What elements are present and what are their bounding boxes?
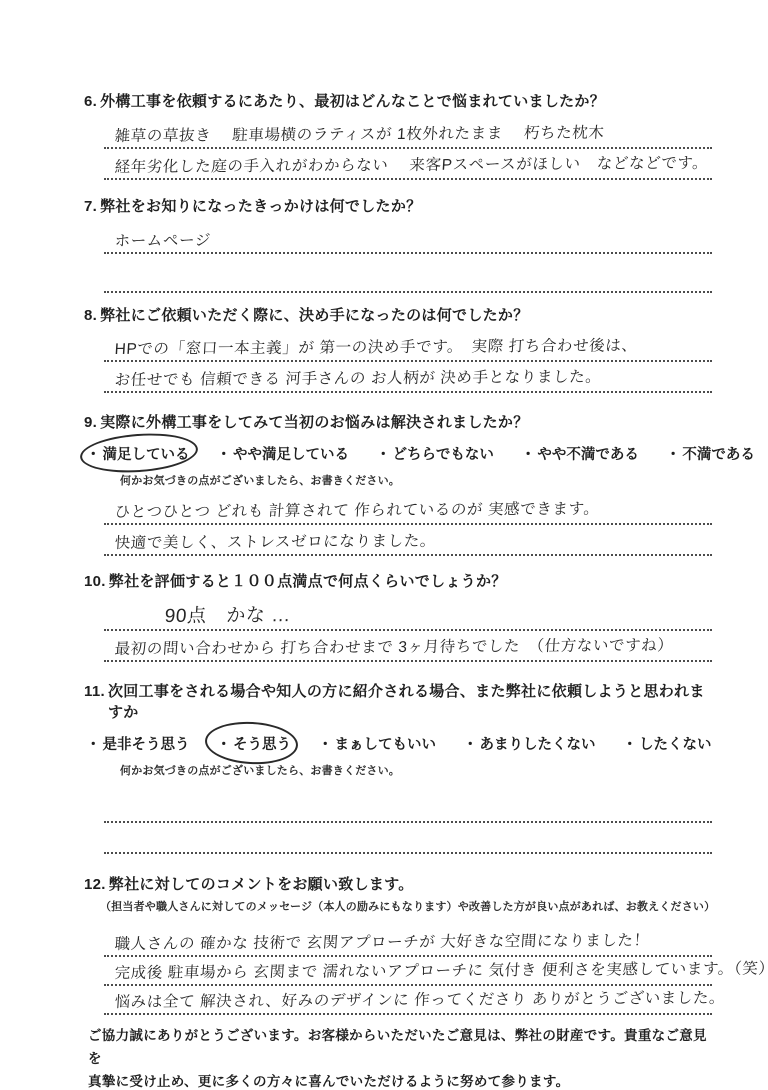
answer-line: 最初の問い合わせから 打ち合わせまで 3ヶ月待ちでした （仕方ないですね） (104, 631, 712, 662)
question-8-text: 弊社にご依頼いただく際に、決め手になったのは何でしたか？ (100, 306, 528, 326)
option-label: やや不満である (537, 443, 639, 464)
question-11-title: 11. 次回工事をされる場合や知人の方に紹介される場合、また弊社に依頼しようと思… (84, 682, 716, 723)
handwritten-answer: ひとつひとつ どれも 計算されて 作られているのが 実感できます。 (114, 497, 600, 522)
question-6: 6. 外構工事を依頼するにあたり、最初はどんなことで悩まれていましたか？ 雑草の… (84, 92, 716, 180)
question-9-title: 9. 実際に外構工事をしてみて当初のお悩みは解決されましたか？ (84, 413, 716, 433)
question-6-number: 6. (84, 92, 97, 112)
answer-line: 快適で美しく、ストレスゼロになりました。 (104, 525, 712, 556)
question-7: 7. 弊社をお知りになったきっかけは何でしたか？ ホームページ (84, 197, 716, 292)
option-neutral: ・ どちらでもない (376, 443, 494, 464)
question-10-number: 10. (84, 572, 106, 592)
question-9-text: 実際に外構工事をしてみて当初のお悩みは解決されましたか？ (100, 413, 528, 433)
bullet-dot: ・ (86, 733, 101, 754)
question-12-subnote: （担当者や職人さんに対してのメッセージ（本人の励みにもなります）や改善した方が良… (100, 898, 716, 914)
question-6-title: 6. 外構工事を依頼するにあたり、最初はどんなことで悩まれていましたか？ (84, 92, 716, 112)
question-12-title: 12. 弊社に対してのコメントをお願い致します。 (84, 875, 716, 895)
option-definitely-yes: ・ 是非そう思う (86, 733, 190, 754)
question-6-text: 外構工事を依頼するにあたり、最初はどんなことで悩まれていましたか？ (100, 92, 605, 112)
option-yes-selected: ・ そう思う (217, 733, 292, 754)
question-11-options-row: ・ 是非そう思う ・ そう思う ・ まぁしてもいい ・ あまりしたくない ・ し… (86, 733, 716, 754)
answer-line: HPでの「窓口一本主義」が 第一の決め手です。 実際 打ち合わせ後は、 (104, 331, 712, 362)
handwritten-answer: 悩みは全て 解決され、好みのデザインに 作ってくださり ありがとうございました。 (114, 986, 726, 1012)
bullet-dot: ・ (318, 733, 333, 754)
option-label: どちらでもない (393, 443, 494, 464)
option-somewhat-dissatisfied: ・ やや不満である (521, 443, 639, 464)
answer-line: ひとつひとつ どれも 計算されて 作られているのが 実感できます。 (104, 494, 712, 525)
question-10-answer-area: 90点 かな … 最初の問い合わせから 打ち合わせまで 3ヶ月待ちでした （仕方… (104, 600, 712, 662)
question-7-answer-area: ホームページ (104, 223, 712, 293)
question-12-number: 12. (84, 875, 106, 895)
answer-line: 90点 かな … (104, 600, 712, 631)
survey-scan-page: 6. 外構工事を依頼するにあたり、最初はどんなことで悩まれていましたか？ 雑草の… (0, 0, 768, 1090)
question-8: 8. 弊社にご依頼いただく際に、決め手になったのは何でしたか？ HPでの「窓口一… (84, 306, 716, 393)
question-10: 10. 弊社を評価すると１００点満点で何点くらいでしょうか？ 90点 かな … … (84, 572, 716, 662)
handwritten-answer: HPでの「窓口一本主義」が 第一の決め手です。 実際 打ち合わせ後は、 (114, 333, 638, 359)
question-10-title: 10. 弊社を評価すると１００点満点で何点くらいでしょうか？ (84, 572, 716, 592)
handwritten-answer: お任せでも 信頼できる 河手さんの お人柄が 決め手となりました。 (114, 364, 602, 389)
answer-line: 悩みは全て 解決され、好みのデザインに 作ってくださり ありがとうございました。 (104, 986, 712, 1015)
handwritten-answer: 快適で美しく、ストレスゼロになりました。 (114, 529, 437, 553)
footer-line-2: 真摯に受け止め、更に多くの方々に喜んでいただけるように努めて参ります。 (88, 1071, 716, 1090)
question-9-answer-area: ひとつひとつ どれも 計算されて 作られているのが 実感できます。 快適で美しく… (104, 494, 712, 556)
answer-line: 完成後 駐車場から 玄関まで 濡れないアプローチに 気付き 便利さを実感していま… (104, 957, 712, 986)
handwritten-answer: 90点 かな … (164, 600, 292, 628)
question-6-answer-area: 雑草の草抜き 駐車場横のラティスが 1枚外れたまま 朽ちた枕木 経年劣化した庭の… (104, 118, 712, 180)
question-8-answer-area: HPでの「窓口一本主義」が 第一の決め手です。 実際 打ち合わせ後は、 お任せで… (104, 331, 712, 393)
bullet-dot: ・ (376, 443, 391, 464)
bullet-dot: ・ (623, 733, 638, 754)
answer-line-blank (104, 792, 712, 823)
question-11-text: 次回工事をされる場合や知人の方に紹介される場合、また弊社に依頼しようと思われます… (108, 682, 716, 723)
question-7-number: 7. (84, 197, 97, 217)
question-8-title: 8. 弊社にご依頼いただく際に、決め手になったのは何でしたか？ (84, 306, 716, 326)
option-label: 不満である (682, 443, 755, 464)
option-no: ・ したくない (623, 733, 712, 754)
note-label: 何かお気づきの点がございましたら、お書きください。 (120, 472, 716, 488)
bullet-dot: ・ (666, 443, 681, 464)
answer-line: お任せでも 信頼できる 河手さんの お人柄が 決め手となりました。 (104, 362, 712, 393)
question-11-answer-area (104, 792, 712, 854)
answer-line: 職人さんの 確かな 技術で 玄関アプローチが 大好きな空間になりました！ (104, 928, 712, 957)
bullet-dot: ・ (217, 733, 232, 754)
bullet-dot: ・ (463, 733, 478, 754)
bullet-dot: ・ (86, 443, 101, 464)
question-12-answer-area: 職人さんの 確かな 技術で 玄関アプローチが 大好きな空間になりました！ 完成後… (104, 928, 712, 1015)
answer-line-blank (104, 823, 712, 854)
bullet-dot: ・ (217, 443, 232, 464)
question-9-options-row: ・ 満足している ・ やや満足している ・ どちらでもない ・ やや不満である … (86, 443, 716, 464)
option-rather-not: ・ あまりしたくない (463, 733, 596, 754)
question-12-text: 弊社に対してのコメントをお願い致します。 (109, 875, 414, 895)
handwritten-answer: 職人さんの 確かな 技術で 玄関アプローチが 大好きな空間になりました！ (114, 928, 650, 954)
answer-line: 経年劣化した庭の手入れがわからない 来客Pスペースがほしい などなどです。 (104, 149, 712, 180)
answer-line: 雑草の草抜き 駐車場横のラティスが 1枚外れたまま 朽ちた枕木 (104, 118, 712, 149)
option-satisfied-selected: ・ 満足している (86, 443, 190, 464)
bullet-dot: ・ (521, 443, 536, 464)
option-label: やや満足している (233, 443, 349, 464)
question-11-number: 11. (84, 682, 105, 723)
handwritten-answer: 完成後 駐車場から 玄関まで 濡れないアプローチに 気付き 便利さを実感していま… (114, 956, 768, 983)
option-label: したくない (639, 733, 712, 754)
option-label: まぁしてもいい (335, 733, 437, 754)
option-somewhat-satisfied: ・ やや満足している (217, 443, 350, 464)
handwritten-answer: 雑草の草抜き 駐車場横のラティスが 1枚外れたまま 朽ちた枕木 (114, 121, 605, 146)
option-label: そう思う (233, 733, 291, 754)
option-label: あまりしたくない (480, 733, 596, 754)
option-label: 是非そう思う (103, 733, 190, 754)
question-10-text: 弊社を評価すると１００点満点で何点くらいでしょうか？ (109, 572, 507, 592)
question-9-number: 9. (84, 413, 97, 433)
handwritten-answer: ホームページ (114, 228, 212, 251)
handwritten-answer: 経年劣化した庭の手入れがわからない 来客Pスペースがほしい などなどです。 (114, 151, 709, 177)
question-8-number: 8. (84, 306, 97, 326)
question-7-title: 7. 弊社をお知りになったきっかけは何でしたか？ (84, 197, 716, 217)
thank-you-footer: ご協力誠にありがとうございます。お客様からいただいたご意見は、弊社の財産です。貴… (84, 1025, 716, 1090)
question-12: 12. 弊社に対してのコメントをお願い致します。 （担当者や職人さんに対してのメ… (84, 875, 716, 1015)
option-dissatisfied: ・ 不満である (666, 443, 755, 464)
question-7-text: 弊社をお知りになったきっかけは何でしたか？ (100, 197, 421, 217)
footer-line-1: ご協力誠にありがとうございます。お客様からいただいたご意見は、弊社の財産です。貴… (88, 1025, 716, 1071)
question-9: 9. 実際に外構工事をしてみて当初のお悩みは解決されましたか？ ・ 満足している… (84, 413, 716, 556)
option-maybe: ・ まぁしてもいい (318, 733, 436, 754)
option-label: 満足している (103, 443, 190, 464)
question-11: 11. 次回工事をされる場合や知人の方に紹介される場合、また弊社に依頼しようと思… (84, 682, 716, 854)
handwritten-answer: 最初の問い合わせから 打ち合わせまで 3ヶ月待ちでした （仕方ないですね） (114, 633, 674, 659)
answer-line: ホームページ (104, 223, 712, 254)
answer-line-blank (104, 262, 712, 293)
note-label: 何かお気づきの点がございましたら、お書きください。 (120, 762, 716, 778)
